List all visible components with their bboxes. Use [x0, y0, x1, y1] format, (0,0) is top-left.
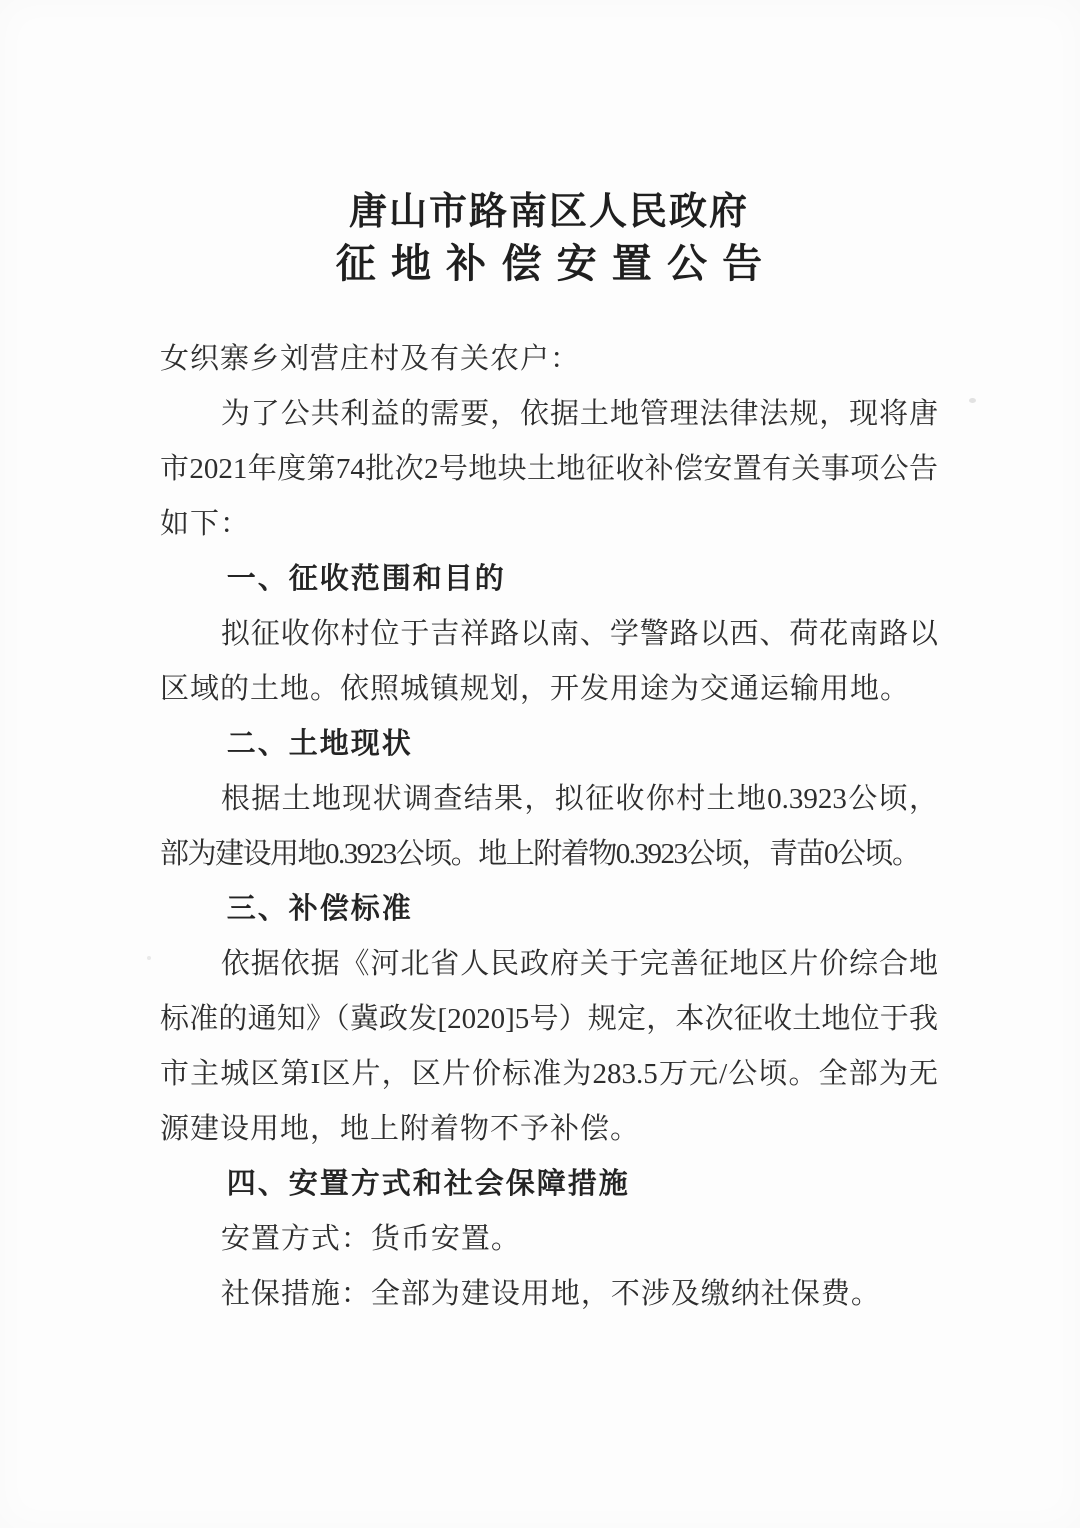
section-heading: 一、征收范围和目的 [160, 552, 938, 607]
text-line: 为了公共利益的需要，依据土地管理法律法规，现将唐山 [160, 387, 938, 442]
scan-artifact [969, 398, 976, 403]
text-line: 女织寨乡刘营庄村及有关农户： [160, 332, 938, 387]
section-heading: 三、补偿标准 [160, 882, 938, 937]
document-title-line2: 征地补偿安置公告 [160, 238, 938, 290]
document-page: 唐山市路南区人民政府 征地补偿安置公告 女织寨乡刘营庄村及有关农户：为了公共利益… [0, 0, 1080, 1528]
text-line: 区域的土地。依照城镇规划，开发用途为交通运输用地。 [160, 662, 938, 717]
section-heading: 四、安置方式和社会保障措施 [160, 1157, 938, 1212]
section-heading: 二、土地现状 [160, 717, 938, 772]
document-body: 女织寨乡刘营庄村及有关农户：为了公共利益的需要，依据土地管理法律法规，现将唐山市… [160, 332, 938, 1322]
text-line: 市2021年度第74批次2号地块土地征收补偿安置有关事项公告 [160, 442, 938, 497]
text-line: 部为建设用地0.3923公顷。地上附着物0.3923公顷，青苗0公顷。 [160, 827, 938, 882]
text-line: 拟征收你村位于吉祥路以南、学警路以西、荷花南路以北 [160, 607, 938, 662]
text-line: 依据依据《河北省人民政府关于完善征地区片价综合地价 [160, 937, 938, 992]
text-line: 源建设用地，地上附着物不予补偿。 [160, 1102, 938, 1157]
text-line: 如下： [160, 497, 938, 552]
document-title-line1: 唐山市路南区人民政府 [160, 186, 938, 238]
text-line: 标准的通知》（冀政发[2020]5号）规定，本次征收土地位于我 [160, 992, 938, 1047]
text-line: 社保措施：全部为建设用地，不涉及缴纳社保费。 [160, 1267, 938, 1322]
text-line: 根据土地现状调查结果，拟征收你村土地0.3923公顷，全 [160, 772, 938, 827]
text-line: 安置方式：货币安置。 [160, 1212, 938, 1267]
scan-artifact [147, 956, 151, 960]
text-line: 市主城区第I区片，区片价标准为283.5万元/公顷。全部为无权 [160, 1047, 938, 1102]
